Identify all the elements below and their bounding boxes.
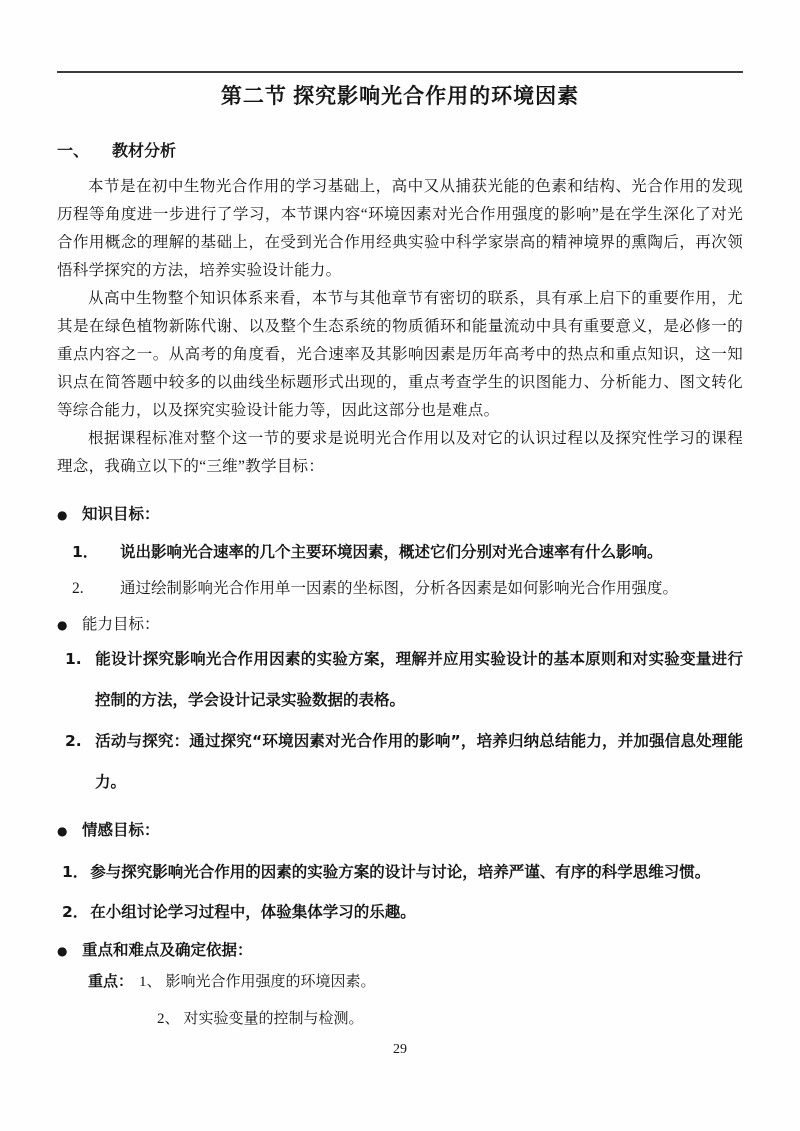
emotion-goal-label: 情感目标： bbox=[82, 819, 160, 841]
section-heading: 一、教材分析 bbox=[57, 141, 743, 161]
keypoints-heading: ●重点和难点及确定依据： bbox=[57, 940, 743, 962]
item-text: 通过绘制影响光合作用单一因素的坐标图，分析各因素是如何影响光合作用强度。 bbox=[120, 580, 678, 597]
document-title: 第二节 探究影响光合作用的环境因素 bbox=[57, 82, 743, 110]
ability-item-2: 2.活动与探究：通过探究“环境因素对光合作用的影响”，培养归纳总结能力，并加强信… bbox=[65, 721, 743, 803]
knowledge-goal-label: 知识目标： bbox=[82, 503, 160, 525]
item-text: 影响光合作用强度的环境因素。 bbox=[166, 974, 376, 990]
section-title: 教材分析 bbox=[112, 141, 176, 160]
knowledge-goal-heading: ●知识目标： bbox=[57, 503, 743, 526]
bullet-icon: ● bbox=[57, 940, 82, 962]
paragraph-2: 从高中生物整个知识体系来看，本节与其他章节有密切的联系，具有承上启下的重要作用，… bbox=[57, 285, 743, 425]
page-content: 第二节 探究影响光合作用的环境因素 一、教材分析 本节是在初中生物光合作用的学习… bbox=[57, 0, 743, 1029]
knowledge-item-2: 2.通过绘制影响光合作用单一因素的坐标图，分析各因素是如何影响光合作用强度。 bbox=[72, 579, 743, 599]
item-text: 参与探究影响光合作用的因素的实验方案的设计与讨论，培养严谨、有序的科学思维习惯。 bbox=[90, 863, 710, 881]
keypoints-label: 重点和难点及确定依据： bbox=[82, 940, 253, 962]
emotion-goal-heading: ●情感目标： bbox=[57, 819, 743, 842]
item-number: 2. bbox=[65, 721, 95, 762]
paragraph-1: 本节是在初中生物光合作用的学习基础上，高中又从捕获光能的色素和结构、光合作用的发… bbox=[57, 173, 743, 285]
bullet-icon: ● bbox=[57, 820, 82, 842]
bullet-icon: ● bbox=[57, 504, 82, 526]
item-text: 能设计探究影响光合作用因素的实验方案，理解并应用实验设计的基本原则和对实验变量进… bbox=[95, 650, 743, 709]
keypoint-row-1: 重点：1、影响光合作用强度的环境因素。 bbox=[88, 972, 743, 992]
item-number: 1． bbox=[72, 542, 120, 562]
keypoint-row-2: 2、对实验变量的控制与检测。 bbox=[157, 1009, 743, 1029]
paragraph-3: 根据课程标准对整个这一节的要求是说明光合作用以及对它的认识过程以及探究性学习的课… bbox=[57, 425, 743, 481]
item-text: 在小组讨论学习过程中，体验集体学习的乐趣。 bbox=[90, 903, 416, 921]
bullet-icon: ● bbox=[57, 614, 82, 636]
item-number: 2、 bbox=[157, 1011, 184, 1027]
item-text: 对实验变量的控制与检测。 bbox=[184, 1011, 364, 1027]
ability-goal-label: 能力目标： bbox=[82, 614, 160, 636]
keypoints-lead-label: 重点： bbox=[88, 974, 139, 990]
item-text: 活动与探究：通过探究“环境因素对光合作用的影响”，培养归纳总结能力，并加强信息处… bbox=[95, 732, 743, 791]
section-number: 一、 bbox=[57, 141, 112, 161]
item-number: 1． bbox=[62, 863, 90, 881]
knowledge-item-1: 1．说出影响光合速率的几个主要环境因素，概述它们分别对光合速率有什么影响。 bbox=[72, 542, 743, 562]
ability-goal-heading: ●能力目标： bbox=[57, 614, 743, 636]
emotion-item-1: 1．参与探究影响光合作用的因素的实验方案的设计与讨论，培养严谨、有序的科学思维习… bbox=[62, 862, 743, 882]
emotion-item-2: 2．在小组讨论学习过程中，体验集体学习的乐趣。 bbox=[62, 902, 743, 922]
item-number: 1、 bbox=[139, 974, 166, 990]
document-page: 第二节 探究影响光合作用的环境因素 一、教材分析 本节是在初中生物光合作用的学习… bbox=[0, 0, 800, 1131]
item-number: 2． bbox=[62, 903, 90, 921]
item-text: 说出影响光合速率的几个主要环境因素，概述它们分别对光合速率有什么影响。 bbox=[120, 543, 663, 561]
item-number: 1. bbox=[65, 639, 95, 680]
page-number: 29 bbox=[0, 1042, 800, 1058]
ability-item-1: 1.能设计探究影响光合作用因素的实验方案，理解并应用实验设计的基本原则和对实验变… bbox=[65, 639, 743, 721]
item-number: 2. bbox=[72, 579, 120, 599]
